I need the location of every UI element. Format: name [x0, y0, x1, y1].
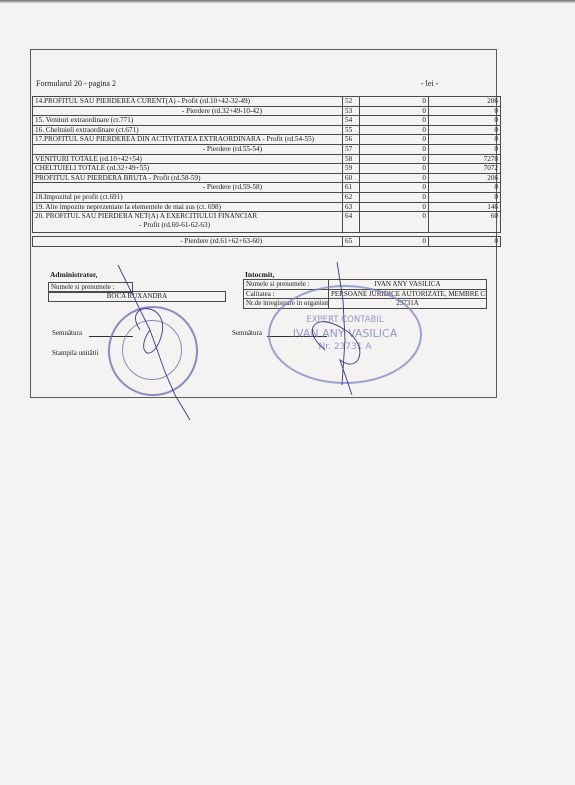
- signature-ink: [0, 0, 575, 785]
